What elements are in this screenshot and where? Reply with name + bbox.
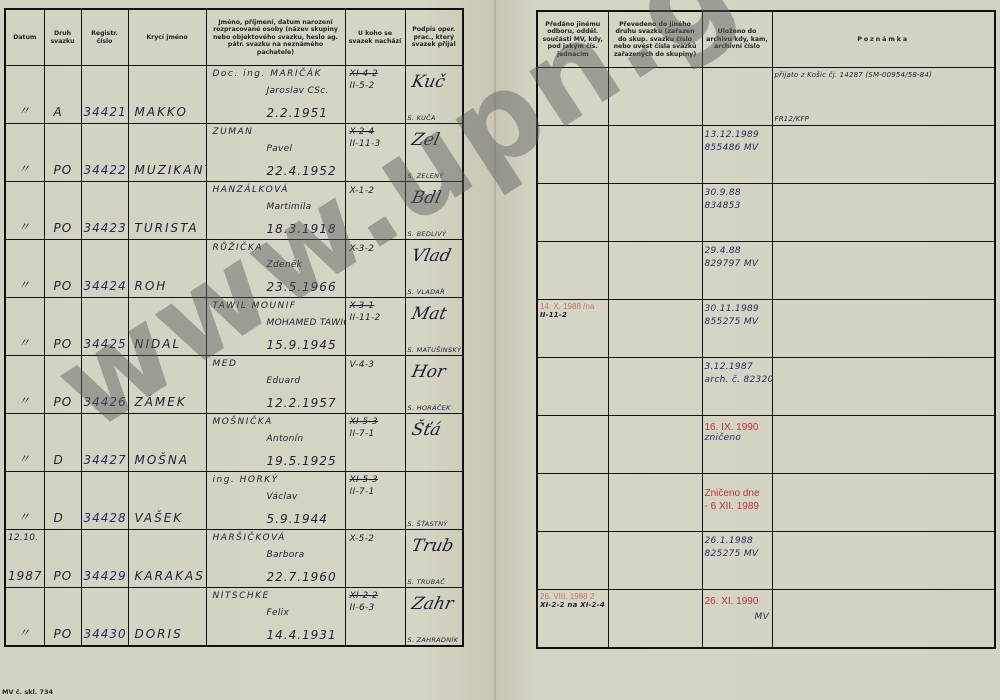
header-kryci-jmeno: Krycí jméno (128, 9, 206, 66)
cell-datum: 〃 (5, 298, 44, 356)
cell-podpis: Šťá (405, 414, 463, 472)
cell-registr: 34421 (81, 66, 128, 124)
cell-u-koho: XI-2-2II-6-3 (345, 588, 405, 647)
predano-stamp: 26. VIII. 1988 2 (540, 592, 594, 601)
cell-u-koho: X-2-4II-11-3 (345, 124, 405, 182)
person-given-name: Zdeněk (267, 260, 303, 270)
datum-day: 12.10. (8, 533, 38, 543)
archiv-date: 30.9.88 (705, 188, 741, 198)
datum-value: 〃 (18, 450, 31, 467)
cell-archiv: 30.11.1989855275 MV (702, 300, 772, 358)
person-birth-date: 22.7.1960 (267, 570, 337, 584)
person-surname: MOŠNIČKA (213, 417, 273, 427)
person-birth-date: 15.9.1945 (267, 338, 337, 352)
person-given-name: Barbora (267, 550, 305, 560)
druh-value: A (54, 105, 63, 119)
cell-podpis: KučS. KUČA (405, 66, 463, 124)
cell-druh: PO (44, 124, 81, 182)
cell-datum: 〃 (5, 182, 44, 240)
cell-kryci: NIDAL (128, 298, 206, 356)
person-surname: ZUMAN (213, 127, 254, 137)
cell-poznamka (772, 416, 995, 474)
location-value: II-5-2 (350, 81, 375, 91)
cell-jmeno: Doc. ing. MARIČÁKJaroslav CSc.2.2.1951 (206, 66, 345, 124)
registr-value: 34421 (84, 105, 127, 119)
cell-prevedeno (608, 242, 702, 300)
archiv-date: 26.1.1988 (705, 536, 754, 546)
signer-name: S. BEDLIVÝ (408, 230, 447, 238)
archiv-number: 825275 MV (705, 549, 759, 559)
cell-druh: PO (44, 298, 81, 356)
right-ledger-table: Předáno jinému odboru, odděl. součásti M… (536, 10, 996, 649)
location-value: II-7-1 (350, 429, 375, 439)
signer-name: S. ŠŤASTNÝ (408, 520, 448, 528)
header-datum: Datum (5, 9, 44, 66)
druh-value: PO (54, 627, 73, 641)
cell-datum: 〃 (5, 588, 44, 647)
signature: Hor (409, 362, 446, 382)
header-druh-svazku: Druh svazku (44, 9, 81, 66)
person-given-name: Martimila (267, 202, 312, 212)
cell-predano (537, 358, 608, 416)
person-birth-date: 23.5.1966 (267, 280, 337, 294)
cell-jmeno: ing. HORKÝVáclav5.9.1944 (206, 472, 345, 530)
archiv-date: 13.12.1989 (705, 130, 760, 140)
person-birth-date: 14.4.1931 (267, 628, 337, 642)
cell-datum: 12.10.1987 (5, 530, 44, 588)
poznamka-line2: FR12/KFP (775, 115, 810, 123)
cell-prevedeno (608, 68, 702, 126)
cell-prevedeno (608, 532, 702, 590)
person-given-name: Václav (267, 492, 298, 502)
cell-jmeno: HARŠIČKOVÁBarbora22.7.1960 (206, 530, 345, 588)
right-table-row: 16. IX. 1990zničeno (537, 416, 995, 474)
left-table-row: 〃PO34430DORISNITSCHKEFelix14.4.1931XI-2-… (5, 588, 463, 647)
druh-value: PO (54, 221, 73, 235)
archiv-date: 30.11.1989 (705, 304, 760, 314)
person-surname: Doc. ing. MARIČÁK (213, 69, 322, 79)
kryci-value: VAŠEK (135, 511, 184, 525)
signer-name: S. MATUŠINSKÝ (408, 346, 462, 354)
left-table-row: 〃PO34422MUZIKANTZUMANPavel22.4.1952X-2-4… (5, 124, 463, 182)
cell-podpis: ZahrS. ZAHRADNÍK (405, 588, 463, 647)
datum-value: 〃 (18, 334, 31, 351)
predano-value: II-11-2 (540, 311, 567, 319)
header-registr-cislo: Registr. číslo (81, 9, 128, 66)
cell-predano (537, 68, 608, 126)
cell-podpis: MatS. MATUŠINSKÝ (405, 298, 463, 356)
registr-value: 34424 (84, 279, 127, 293)
druh-value: D (54, 511, 64, 525)
archiv-date: 3.12.1987 (705, 362, 754, 372)
registr-value: 34425 (84, 337, 127, 351)
left-table-row: 〃D34427MOŠNAMOŠNIČKAAntonín19.5.1925XI-5… (5, 414, 463, 472)
left-table-row: 12.10.1987PO34429KARAKASHARŠIČKOVÁBarbor… (5, 530, 463, 588)
signature: Mat (409, 304, 448, 324)
form-number: MV č. skl. 734 (2, 688, 53, 696)
druh-value: PO (54, 279, 73, 293)
cell-druh: PO (44, 530, 81, 588)
cell-jmeno: NITSCHKEFelix14.4.1931 (206, 588, 345, 647)
left-table-row: 〃D34428VAŠEKing. HORKÝVáclav5.9.1944XI-5… (5, 472, 463, 530)
header-u-koho: U koho se svazek nachází (345, 9, 405, 66)
cell-predano: 26. VIII. 1988 2XI-2-2 na XI-2-4 (537, 590, 608, 649)
cell-u-koho: X-3-1II-11-2 (345, 298, 405, 356)
cell-podpis: BdlS. BEDLIVÝ (405, 182, 463, 240)
right-table-row: 30.9.88834853 (537, 184, 995, 242)
right-table-row: 26. VIII. 1988 2XI-2-2 na XI-2-426. XI. … (537, 590, 995, 649)
left-table-row: 〃A34421MAKKODoc. ing. MARIČÁKJaroslav CS… (5, 66, 463, 124)
cell-registr: 34429 (81, 530, 128, 588)
person-birth-date: 5.9.1944 (267, 512, 328, 526)
cell-poznamka (772, 474, 995, 532)
signature: Vlad (409, 246, 452, 266)
kryci-value: TURISTA (135, 221, 199, 235)
header-jmeno-osoby: Jméno, příjmení, datum narození rozpraco… (206, 9, 345, 66)
cell-poznamka (772, 590, 995, 649)
person-surname: HARŠIČKOVÁ (213, 533, 286, 543)
right-table-row: 29.4.88829797 MV (537, 242, 995, 300)
location-old: XI-5-3 (350, 417, 379, 427)
signature: Kuč (409, 72, 446, 92)
registr-value: 34426 (84, 395, 127, 409)
cell-archiv: 29.4.88829797 MV (702, 242, 772, 300)
datum-value: 〃 (18, 392, 31, 409)
archiv-number: 829797 MV (705, 259, 759, 269)
kryci-value: ROH (135, 279, 168, 293)
cell-u-koho: XI-4-2II-5-2 (345, 66, 405, 124)
person-given-name: MOHAMED TAWIC (267, 318, 346, 328)
cell-predano (537, 184, 608, 242)
cell-poznamka (772, 126, 995, 184)
druh-value: PO (54, 163, 73, 177)
cell-podpis: HorS. HORÁČEK (405, 356, 463, 414)
kryci-value: NIDAL (135, 337, 182, 351)
cell-predano (537, 474, 608, 532)
kryci-value: MUZIKANT (135, 163, 207, 177)
left-table-row: 〃PO34423TURISTAHANZÁLKOVÁMartimila18.3.1… (5, 182, 463, 240)
datum-value: 〃 (18, 276, 31, 293)
cell-registr: 34422 (81, 124, 128, 182)
cell-registr: 34427 (81, 414, 128, 472)
cell-podpis: S. ŠŤASTNÝ (405, 472, 463, 530)
location-value: V-4-3 (350, 360, 375, 370)
cell-poznamka (772, 184, 995, 242)
archiv-number: 855486 MV (705, 143, 759, 153)
druh-value: PO (54, 337, 73, 351)
right-table-row: - 6 XII. 1989Zničeno dne (537, 474, 995, 532)
kryci-value: MOŠNA (135, 453, 190, 467)
cell-archiv: 3.12.1987arch. č. 823208 MV (702, 358, 772, 416)
person-given-name: Pavel (267, 144, 293, 154)
kryci-value: MAKKO (135, 105, 188, 119)
location-value: II-6-3 (350, 603, 375, 613)
cell-kryci: MUZIKANT (128, 124, 206, 182)
left-table-row: 〃PO34426ZÁMEKMEDEduard12.2.1957V-4-3HorS… (5, 356, 463, 414)
registr-value: 34428 (84, 511, 127, 525)
cell-registr: 34430 (81, 588, 128, 647)
signer-name: S. ZAHRADNÍK (408, 636, 459, 644)
person-given-name: Antonín (267, 434, 304, 444)
cell-poznamka (772, 358, 995, 416)
cell-jmeno: MOŠNIČKAAntonín19.5.1925 (206, 414, 345, 472)
cell-poznamka: přijato z Košic čj. 14287 (SM-00954/58-8… (772, 68, 995, 126)
cell-druh: PO (44, 182, 81, 240)
cell-u-koho: X-1-2 (345, 182, 405, 240)
location-value: X-3-2 (350, 244, 375, 254)
datum-value: 〃 (18, 102, 31, 119)
archiv-number: zničeno (705, 433, 742, 443)
location-value: X-1-2 (350, 186, 375, 196)
signature: Bdl (409, 188, 442, 208)
druh-value: D (54, 453, 64, 467)
cell-predano (537, 532, 608, 590)
archiv-number: 855275 MV (705, 317, 759, 327)
cell-registr: 34426 (81, 356, 128, 414)
person-surname: RŮŽIČKA (213, 243, 264, 253)
signature: Trub (409, 536, 455, 556)
cell-jmeno: HANZÁLKOVÁMartimila18.3.1918 (206, 182, 345, 240)
location-old: XI-5-3 (350, 475, 379, 485)
predano-value: XI-2-2 na XI-2-4 (540, 601, 605, 609)
cell-kryci: MAKKO (128, 66, 206, 124)
cell-u-koho: V-4-3 (345, 356, 405, 414)
signer-name: S. TRUBAČ (408, 578, 446, 586)
location-value: II-11-2 (350, 313, 381, 323)
cell-predano (537, 242, 608, 300)
registr-value: 34427 (84, 453, 127, 467)
kryci-value: KARAKAS (135, 569, 205, 583)
cell-jmeno: TAWIL MOUNIFMOHAMED TAWIC15.9.1945 (206, 298, 345, 356)
cell-datum: 〃 (5, 472, 44, 530)
right-table-row: 13.12.1989855486 MV (537, 126, 995, 184)
signature: Zahr (409, 594, 454, 614)
cell-datum: 〃 (5, 66, 44, 124)
location-old: X-2-4 (350, 127, 375, 137)
cell-kryci: ROH (128, 240, 206, 298)
location-old: XI-2-2 (350, 591, 379, 601)
location-value: II-11-3 (350, 139, 381, 149)
location-old: XI-4-2 (350, 69, 379, 79)
kryci-value: ZÁMEK (135, 395, 187, 409)
cell-datum: 〃 (5, 356, 44, 414)
cell-prevedeno (608, 358, 702, 416)
datum-value: 1987 (8, 569, 43, 583)
header-poznamka: Poznámka (772, 11, 995, 68)
cell-druh: D (44, 414, 81, 472)
cell-kryci: ZÁMEK (128, 356, 206, 414)
right-header-row: Předáno jinému odboru, odděl. součásti M… (537, 11, 995, 68)
cell-datum: 〃 (5, 240, 44, 298)
cell-predano (537, 416, 608, 474)
predano-stamp: 14. X. 1988 /na (540, 302, 594, 311)
archiv-date: 29.4.88 (705, 246, 741, 256)
cell-predano: 14. X. 1988 /naII-11-2 (537, 300, 608, 358)
signer-name: S. ZELENÝ (408, 172, 444, 180)
cell-druh: PO (44, 240, 81, 298)
person-birth-date: 22.4.1952 (267, 164, 337, 178)
cell-kryci: TURISTA (128, 182, 206, 240)
cell-jmeno: MEDEduard12.2.1957 (206, 356, 345, 414)
cell-u-koho: XI-5-3II-7-1 (345, 414, 405, 472)
signer-name: S. HORÁČEK (408, 404, 451, 412)
right-page: Předáno jinému odboru, odděl. součásti M… (496, 0, 1000, 700)
cell-archiv (702, 68, 772, 126)
cell-kryci: KARAKAS (128, 530, 206, 588)
cell-datum: 〃 (5, 414, 44, 472)
left-page: Datum Druh svazku Registr. číslo Krycí j… (0, 0, 496, 700)
cell-datum: 〃 (5, 124, 44, 182)
cell-druh: D (44, 472, 81, 530)
cell-prevedeno (608, 300, 702, 358)
cell-registr: 34423 (81, 182, 128, 240)
cell-archiv: 26. XI. 1990MV (702, 590, 772, 649)
cell-archiv: 16. IX. 1990zničeno (702, 416, 772, 474)
registr-value: 34423 (84, 221, 127, 235)
datum-value: 〃 (18, 508, 31, 525)
person-birth-date: 2.2.1951 (267, 106, 328, 120)
signature: Zel (409, 130, 441, 150)
cell-kryci: VAŠEK (128, 472, 206, 530)
cell-u-koho: X-5-2 (345, 530, 405, 588)
cell-druh: PO (44, 356, 81, 414)
datum-value: 〃 (18, 218, 31, 235)
cell-registr: 34428 (81, 472, 128, 530)
archiv-stamp: 26. XI. 1990 (705, 596, 759, 607)
header-ulozeno-archiv: Uloženo do archivu kdy, kam, archivní čí… (702, 11, 772, 68)
location-value: X-5-2 (350, 534, 375, 544)
cell-archiv: 30.9.88834853 (702, 184, 772, 242)
cell-prevedeno (608, 474, 702, 532)
cell-poznamka (772, 242, 995, 300)
cell-poznamka (772, 532, 995, 590)
signer-name: S. KUČA (408, 114, 436, 122)
location-old: X-3-1 (350, 301, 375, 311)
cell-podpis: VladS. VLADAŘ (405, 240, 463, 298)
signer-name: S. VLADAŘ (408, 288, 445, 296)
druh-value: PO (54, 569, 73, 583)
cell-archiv: - 6 XII. 1989Zničeno dne (702, 474, 772, 532)
archiv-number: MV (755, 612, 770, 622)
registr-value: 34422 (84, 163, 127, 177)
archiv-stamp: 16. IX. 1990 (705, 422, 759, 433)
person-surname: NITSCHKE (213, 591, 270, 601)
cell-u-koho: XI-5-3II-7-1 (345, 472, 405, 530)
signature: Šťá (409, 420, 442, 440)
right-table-row: 26.1.1988825275 MV (537, 532, 995, 590)
cell-podpis: TrubS. TRUBAČ (405, 530, 463, 588)
person-given-name: Eduard (267, 376, 301, 386)
cell-prevedeno (608, 126, 702, 184)
cell-podpis: ZelS. ZELENÝ (405, 124, 463, 182)
person-surname: TAWIL MOUNIF (213, 301, 297, 311)
person-given-name: Felix (267, 608, 290, 618)
cell-u-koho: X-3-2 (345, 240, 405, 298)
left-table-row: 〃PO34425NIDALTAWIL MOUNIFMOHAMED TAWIC15… (5, 298, 463, 356)
kryci-value: DORIS (135, 627, 183, 641)
cell-kryci: DORIS (128, 588, 206, 647)
cell-prevedeno (608, 184, 702, 242)
registr-value: 34429 (84, 569, 127, 583)
archiv-stamp: - 6 XII. 1989 (705, 501, 759, 512)
header-predano: Předáno jinému odboru, odděl. součásti M… (537, 11, 608, 68)
cell-kryci: MOŠNA (128, 414, 206, 472)
cell-registr: 34424 (81, 240, 128, 298)
right-table-row: přijato z Košic čj. 14287 (SM-00954/58-8… (537, 68, 995, 126)
person-birth-date: 18.3.1918 (267, 222, 337, 236)
cell-druh: A (44, 66, 81, 124)
archiv-number: 834853 (705, 201, 741, 211)
right-table-row: 14. X. 1988 /naII-11-230.11.1989855275 M… (537, 300, 995, 358)
location-value: II-7-1 (350, 487, 375, 497)
person-given-name: Jaroslav CSc. (267, 86, 329, 96)
cell-prevedeno (608, 590, 702, 649)
cell-predano (537, 126, 608, 184)
cell-jmeno: ZUMANPavel22.4.1952 (206, 124, 345, 182)
person-surname: ing. HORKÝ (213, 475, 279, 485)
datum-value: 〃 (18, 624, 31, 641)
cell-druh: PO (44, 588, 81, 647)
person-birth-date: 19.5.1925 (267, 454, 337, 468)
archiv-number: arch. č. 823208 MV (705, 375, 773, 385)
cell-archiv: 26.1.1988825275 MV (702, 532, 772, 590)
datum-value: 〃 (18, 160, 31, 177)
person-birth-date: 12.2.1957 (267, 396, 337, 410)
registr-value: 34430 (84, 627, 127, 641)
poznamka-line1: přijato z Košic čj. 14287 (SM-00954/58-8… (775, 71, 933, 79)
archiv-date: Zničeno dne (705, 488, 760, 499)
left-table-row: 〃PO34424ROHRŮŽIČKAZdeněk23.5.1966X-3-2Vl… (5, 240, 463, 298)
left-header-row: Datum Druh svazku Registr. číslo Krycí j… (5, 9, 463, 66)
druh-value: PO (54, 395, 73, 409)
cell-registr: 34425 (81, 298, 128, 356)
left-ledger-table: Datum Druh svazku Registr. číslo Krycí j… (4, 8, 464, 647)
cell-prevedeno (608, 416, 702, 474)
header-podpis: Podpis oper. prac., který svazek přijal (405, 9, 463, 66)
cell-poznamka (772, 300, 995, 358)
person-surname: MED (213, 359, 238, 369)
header-prevedeno: Převedeno do jiného druhu svazku (zařaze… (608, 11, 702, 68)
poznamka-label: Poznámka (857, 36, 909, 43)
person-surname: HANZÁLKOVÁ (213, 185, 289, 195)
right-table-row: 3.12.1987arch. č. 823208 MV (537, 358, 995, 416)
cell-archiv: 13.12.1989855486 MV (702, 126, 772, 184)
cell-jmeno: RŮŽIČKAZdeněk23.5.1966 (206, 240, 345, 298)
